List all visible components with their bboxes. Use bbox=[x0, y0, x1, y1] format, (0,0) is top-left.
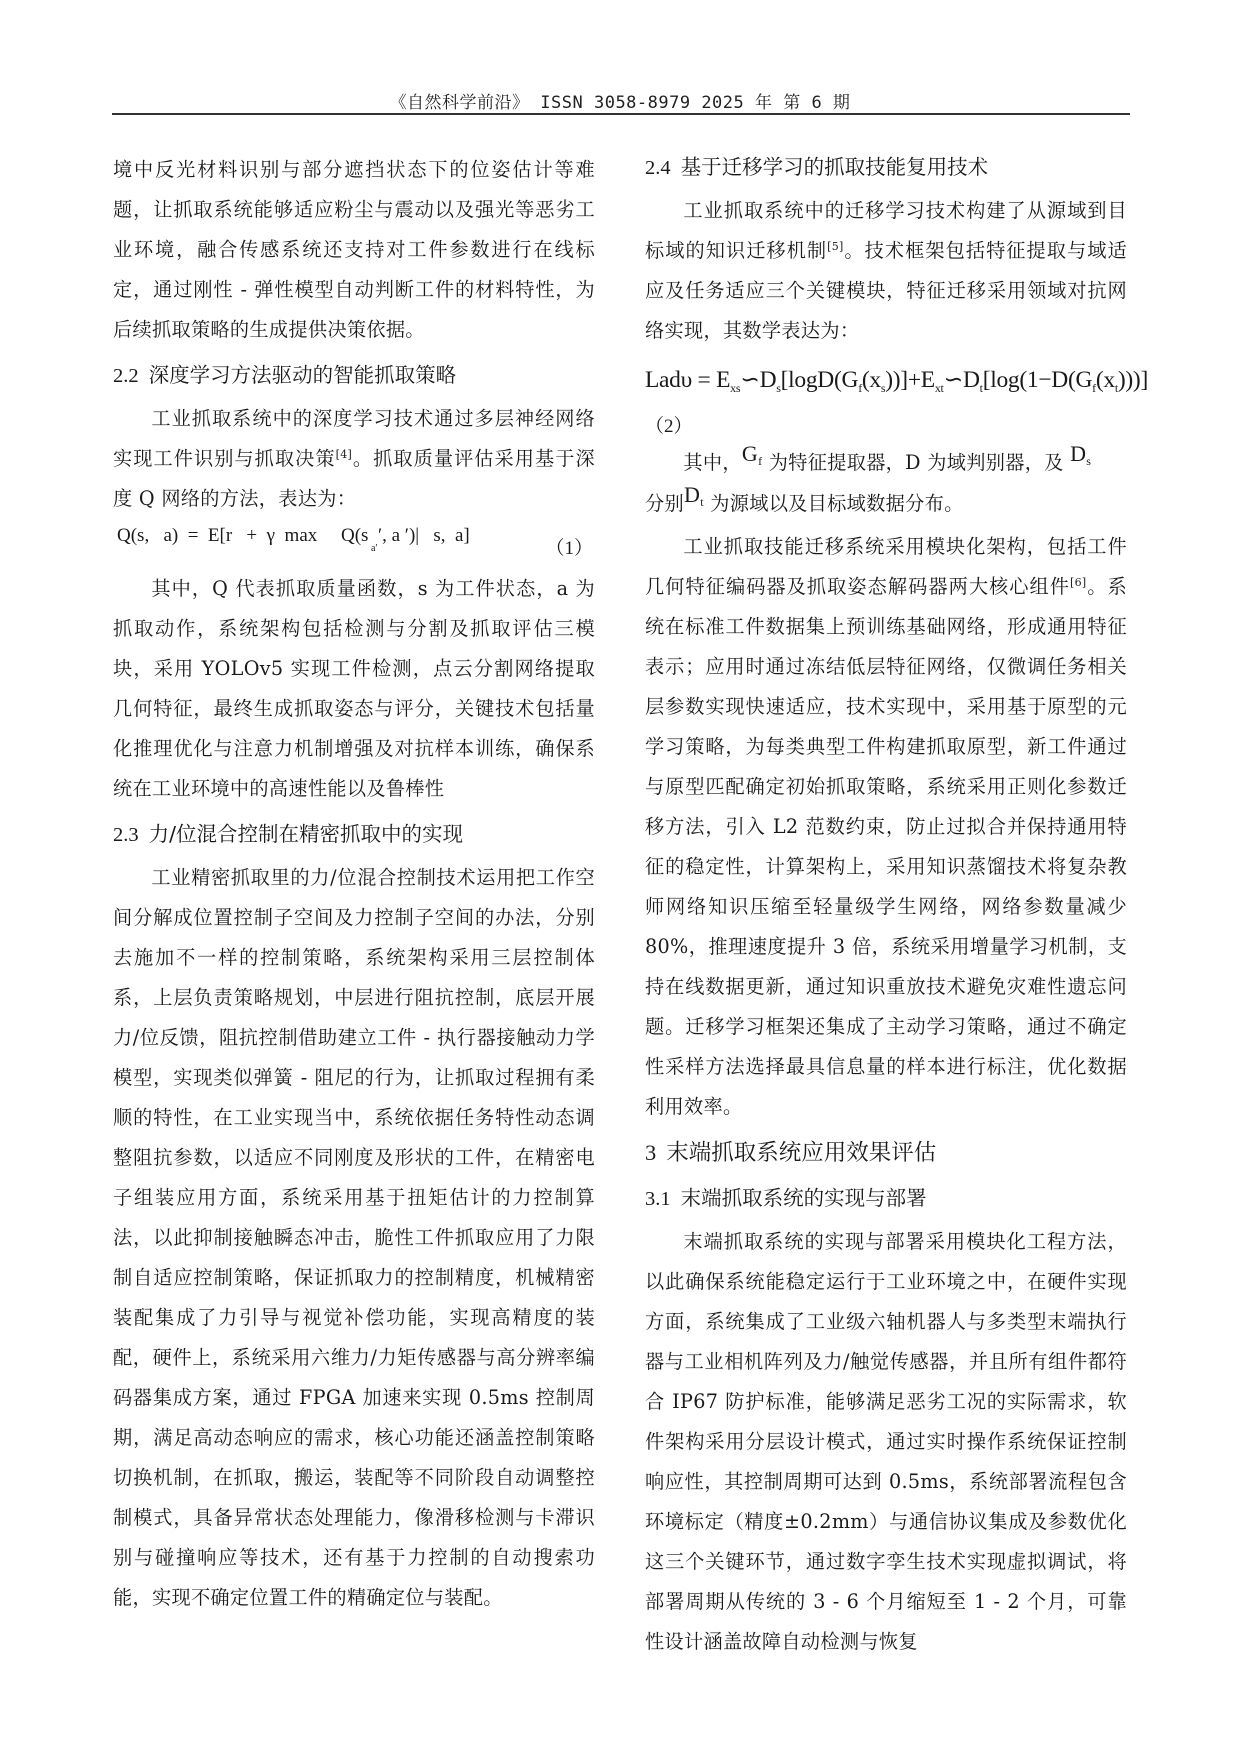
section-title: 力/位混合控制在精密抓取中的实现 bbox=[149, 822, 463, 846]
section-title: 深度学习方法驱动的智能抓取策略 bbox=[149, 363, 457, 387]
section-number: 3.1 bbox=[645, 1188, 671, 1210]
citation-5[interactable]: [5] bbox=[827, 240, 843, 253]
text: 为源域以及目标域数据分布。 bbox=[704, 492, 964, 515]
text: 。系统在标准工件数据集上预训练基础网络，形成通用特征表示；应用时通过冻结低层特征… bbox=[645, 575, 1127, 1118]
text: 工业抓取技能迁移系统采用模块化架构，包括工件几何特征编码器及抓取姿态解码器两大核… bbox=[645, 535, 1127, 598]
symbol-gf: Gf bbox=[742, 441, 763, 466]
equation-body: Q(s, a) = E[r + γ max Q(s ′, a ′)| s, a] bbox=[117, 519, 470, 553]
citation-4[interactable]: [4] bbox=[336, 448, 352, 461]
section-title: 末端抓取系统的实现与部署 bbox=[681, 1186, 927, 1210]
section-number: 3 bbox=[645, 1140, 656, 1165]
left-column: 境中反光材料识别与部分遮挡状态下的位姿估计等难题，让抓取系统能够适应粉尘与震动以… bbox=[113, 150, 595, 1618]
equation-subscript: a′ bbox=[371, 543, 378, 554]
paragraph-hybrid-control: 工业精密抓取里的力/位混合控制技术运用把工作空间分解成位置控制子空间及力控制子空… bbox=[113, 858, 595, 1618]
section-number: 2.3 bbox=[113, 824, 139, 846]
right-column: 2.4基于迁移学习的抓取技能复用技术 工业抓取系统中的迁移学习技术构建了从源域到… bbox=[645, 150, 1127, 1662]
section-title: 末端抓取系统应用效果评估 bbox=[666, 1140, 936, 1166]
paragraph-symbol-definitions-cont: 分别Dt 为源域以及目标域数据分布。 bbox=[645, 486, 1127, 527]
citation-6[interactable]: [6] bbox=[1070, 576, 1086, 589]
running-header: 《自然科学前沿》 ISSN 3058-8979 2025 年 第 6 期 bbox=[112, 88, 1128, 113]
section-heading-2-4: 2.4基于迁移学习的抓取技能复用技术 bbox=[645, 148, 1127, 187]
section-title: 基于迁移学习的抓取技能复用技术 bbox=[681, 155, 989, 179]
section-heading-3: 3末端抓取系统应用效果评估 bbox=[645, 1133, 1127, 1173]
equation-number: （1） bbox=[545, 533, 593, 560]
paragraph-deployment: 末端抓取系统的实现与部署采用模块化工程方法，以此确保系统能稳定运行于工业环境之中… bbox=[645, 1222, 1127, 1662]
text: 其中， bbox=[683, 451, 741, 474]
paragraph-dqn-intro: 工业抓取系统中的深度学习技术通过多层神经网络实现工件识别与抓取决策[4]。抓取质… bbox=[113, 399, 595, 519]
section-heading-2-3: 2.3力/位混合控制在精密抓取中的实现 bbox=[113, 815, 595, 854]
section-number: 2.2 bbox=[113, 365, 139, 387]
paragraph-continued: 境中反光材料识别与部分遮挡状态下的位姿估计等难题，让抓取系统能够适应粉尘与震动以… bbox=[113, 150, 595, 350]
paragraph-transfer-architecture: 工业抓取技能迁移系统采用模块化架构，包括工件几何特征编码器及抓取姿态解码器两大核… bbox=[645, 527, 1127, 1127]
symbol-ds: Ds bbox=[1070, 441, 1091, 466]
paragraph-transfer-intro: 工业抓取系统中的迁移学习技术构建了从源域到目标域的知识迁移机制[5]。技术框架包… bbox=[645, 191, 1127, 351]
symbol-dt: Dt bbox=[684, 482, 704, 507]
text: 分别 bbox=[645, 492, 684, 515]
paragraph-dqn-explain: 其中，Q 代表抓取质量函数，s 为工件状态，a 为抓取动作，系统架构包括检测与分… bbox=[113, 569, 595, 809]
header-rule bbox=[112, 113, 1130, 115]
section-heading-2-2: 2.2深度学习方法驱动的智能抓取策略 bbox=[113, 356, 595, 395]
equation-number: （2） bbox=[645, 409, 1127, 445]
paragraph-symbol-definitions: 其中，Gf 为特征提取器，D 为域判别器，及 Ds bbox=[645, 445, 1127, 486]
equation-1: Q(s, a) = E[r + γ max Q(s ′, a ′)| s, a]… bbox=[113, 519, 595, 563]
section-heading-3-1: 3.1末端抓取系统的实现与部署 bbox=[645, 1179, 1127, 1218]
section-number: 2.4 bbox=[645, 157, 671, 179]
text: 为特征提取器，D 为域判别器，及 bbox=[762, 451, 1070, 474]
equation-2: Ladυ = Exs∽Ds[logD(Gf(xs))]+Ext∽Dt[log(1… bbox=[645, 359, 1127, 409]
